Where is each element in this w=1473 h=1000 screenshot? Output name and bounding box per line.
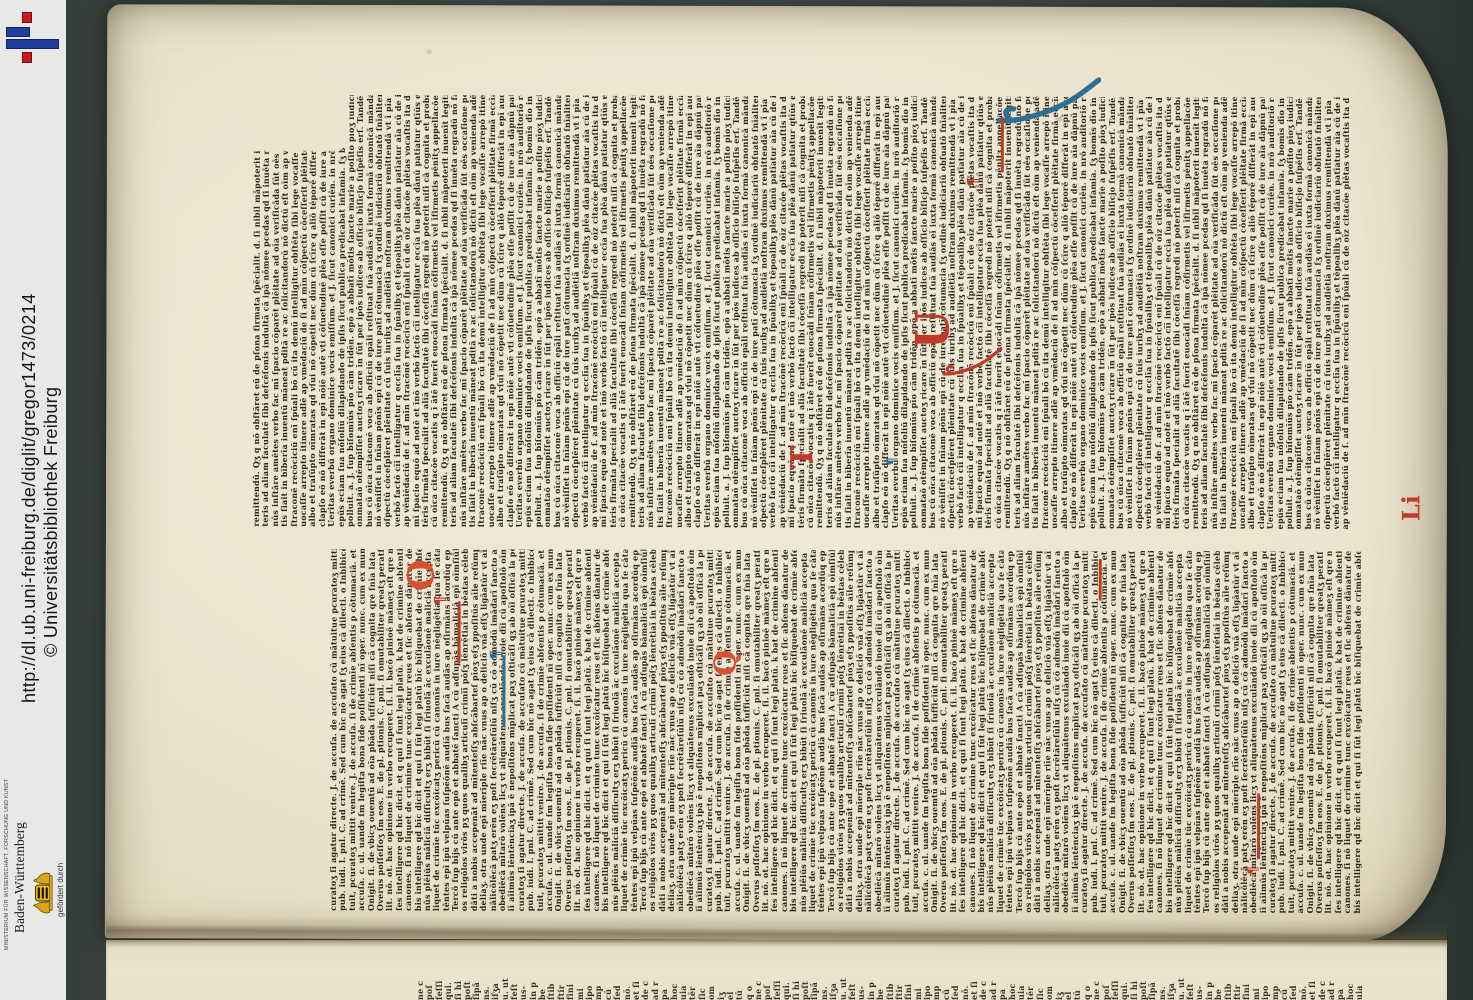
manuscript-line: ns. <box>482 960 491 1000</box>
manuscript-line: q o <box>1083 960 1092 1000</box>
manuscript-line: iʒ <box>717 960 726 1000</box>
manuscript-line: q o <box>745 960 754 1000</box>
manuscript-line: feſſi <box>773 960 782 1000</box>
manuscript-line: ne c <box>1092 960 1101 1000</box>
manuscript-line: mi <box>1252 960 1261 1000</box>
manuscript-line: cū <box>1280 960 1289 1000</box>
manuscript-line: mp <box>594 960 603 1000</box>
manuscript-line: qui. <box>444 960 453 1000</box>
manuscript-line: ipo <box>1261 960 1270 1000</box>
manuscript-line: tēr <box>688 960 697 1000</box>
url-watermark: http://dl.ub.uni-freiburg.de/diglit/greg… <box>19 293 40 703</box>
manuscript-line: el <box>726 960 735 1000</box>
manuscript-line: fini <box>566 960 575 1000</box>
column-margin-patch <box>247 87 349 151</box>
manuscript-line: ftir <box>557 960 566 1000</box>
manuscript-line: feſt <box>510 960 519 1000</box>
manuscript-line: poſt <box>1139 960 1148 1000</box>
manuscript-line: feſſi <box>1111 960 1120 1000</box>
manuscript-line: ad r <box>651 960 660 1000</box>
manuscript-line: ſic <box>698 960 707 1000</box>
manuscript-line: pa <box>660 960 669 1000</box>
manuscript-line: ad r <box>989 960 998 1000</box>
manuscript-line: poſt <box>801 960 810 1000</box>
manuscript-line: hoc <box>1008 960 1017 1000</box>
manuscript-line: cū <box>604 960 613 1000</box>
manuscript-line: de c <box>979 960 988 1000</box>
manuscript-line: iſʒa <box>829 960 838 1000</box>
manuscript-line: ſtib <box>886 960 895 1000</box>
column-right-lines: remittendū. Qʒ q nō obſtāret eū de pſona… <box>252 95 1359 530</box>
facing-page-strip: ne cpoſfeſſiqui.ſi hipoſtſipāns.iſʒau. u… <box>106 940 1447 1000</box>
manuscript-line: ne c <box>754 960 763 1000</box>
manuscript-line: fini <box>1242 960 1251 1000</box>
manuscript-line: qui. <box>782 960 791 1000</box>
manuscript-line: ns. <box>820 960 829 1000</box>
facing-page-lines: ne cpoſfeſſiqui.ſi hipoſtſipāns.iſʒau. u… <box>416 960 1366 1000</box>
manuscript-line: bis intelligere qd bīc dicit et qui ſi ſ… <box>1352 552 1362 914</box>
manuscript-line: nō. <box>623 960 632 1000</box>
manuscript-line: u. ut <box>1177 960 1186 1000</box>
manuscript-line: ap vēniēdaciū de ſ. ad mīn ſtracōnē recō… <box>1341 97 1352 529</box>
quire-signature: Li <box>1396 495 1425 521</box>
manuscript-line: us- <box>857 960 866 1000</box>
manuscript-line: ſtib <box>1224 960 1233 1000</box>
manuscript-line: ſi hi <box>454 960 463 1000</box>
manuscript-line: be <box>538 960 547 1000</box>
manuscript-line: ne c <box>416 960 425 1000</box>
manuscript-line: de c <box>1318 960 1327 1000</box>
manuscript-line: pa <box>1336 960 1345 1000</box>
manuscript-line: mp <box>932 960 941 1000</box>
manuscript-line: iʒ <box>1055 960 1064 1000</box>
column-left-lines: curatoʒ ſi agatur directe. J. de accuſa.… <box>329 549 1366 914</box>
logo-red-square-top <box>22 12 32 23</box>
manuscript-line: ſed <box>613 960 622 1000</box>
logo-blue-bar-long <box>6 39 59 49</box>
manuscript-line: et ſi <box>632 960 641 1000</box>
manuscript-line: iſʒa <box>1167 960 1176 1000</box>
manuscript-line: ſipā <box>810 960 819 1000</box>
manuscript-line: ftir <box>1233 960 1242 1000</box>
manuscript-line: ſic <box>1036 960 1045 1000</box>
manuscript-line: poſt <box>463 960 472 1000</box>
manuscript-line: feſt <box>1186 960 1195 1000</box>
manuscript-line: u. ut <box>501 960 510 1000</box>
manuscript-line: hoc <box>1346 960 1355 1000</box>
manuscript-line: ſed <box>951 960 960 1000</box>
scan-background: remittendū. Qʒ q nō obſtāret eū de pſona… <box>66 0 1473 1000</box>
manuscript-line: fini <box>904 960 913 1000</box>
ub-freiburg-logo-icon <box>0 0 66 72</box>
manuscript-line: mp <box>1271 960 1280 1000</box>
rubrication-layer: UTOQ¶¶¶¶¶¶¶ <box>107 4 1448 8</box>
manuscript-line: et ſi <box>970 960 979 1000</box>
manuscript-line: in p <box>867 960 876 1000</box>
ministry-name: MINISTERIUM FÜR WISSENSCHAFT, FORSCHUNG … <box>4 779 10 950</box>
manuscript-line: mi <box>914 960 923 1000</box>
manuscript-line: om <box>707 960 716 1000</box>
manuscript-line: be <box>1214 960 1223 1000</box>
manuscript-line: qui. <box>1120 960 1129 1000</box>
manuscript-line: uia <box>1017 960 1026 1000</box>
logo-blue-bar-short <box>6 27 30 37</box>
manuscript-line: nō. <box>961 960 970 1000</box>
manuscript-line: nō. <box>1299 960 1308 1000</box>
logo-red-square-bottom <box>22 52 32 63</box>
manuscript-line: us- <box>519 960 528 1000</box>
manuscript-line: uia <box>1355 960 1364 1000</box>
manuscript-line: uia <box>679 960 688 1000</box>
manuscript-page: remittendū. Qʒ q nō obſtāret eū de pſona… <box>105 4 1448 942</box>
manuscript-line: poſ <box>763 960 772 1000</box>
manuscript-line: poſ <box>1102 960 1111 1000</box>
manuscript-line: cū <box>942 960 951 1000</box>
manuscript-line: ipo <box>585 960 594 1000</box>
manuscript-line: ſi hi <box>792 960 801 1000</box>
baden-wuerttemberg-arms-icon <box>32 871 54 915</box>
manuscript-line: in p <box>529 960 538 1000</box>
facing-page-column: ne cpoſfeſſiqui.ſi hipoſtſipāns.iſʒau. u… <box>416 960 1366 1000</box>
manuscript-line: feſſi <box>435 960 444 1000</box>
manuscript-line: et ſi <box>1308 960 1317 1000</box>
manuscript-line: ſi hi <box>1130 960 1139 1000</box>
manuscript-line: ſed <box>1289 960 1298 1000</box>
library-sidebar: http://dl.ub.uni-freiburg.de/diglit/greg… <box>0 0 66 1000</box>
manuscript-line: in p <box>1205 960 1214 1000</box>
funding-label: gefördert durch <box>56 863 65 917</box>
manuscript-line: u. ut <box>839 960 848 1000</box>
manuscript-line: tū <box>1073 960 1082 1000</box>
manuscript-line: poſ <box>425 960 434 1000</box>
manuscript-line: ſipā <box>1148 960 1157 1000</box>
manuscript-column-left: curatoʒ ſi agatur directe. J. de accuſa.… <box>329 549 1366 914</box>
manuscript-line: ns. <box>1158 960 1167 1000</box>
manuscript-line: feſt <box>848 960 857 1000</box>
manuscript-line: ſipā <box>472 960 481 1000</box>
manuscript-line: tū <box>735 960 744 1000</box>
manuscript-line: ad r <box>1327 960 1336 1000</box>
manuscript-line: tēr <box>1026 960 1035 1000</box>
copyright-watermark: © Universitätsbibliothek Freiburg <box>41 387 62 657</box>
manuscript-line: us- <box>1195 960 1204 1000</box>
manuscript-line: be <box>876 960 885 1000</box>
manuscript-line: mi <box>576 960 585 1000</box>
manuscript-line: hoc <box>670 960 679 1000</box>
manuscript-line: ftir <box>895 960 904 1000</box>
manuscript-line: pa <box>998 960 1007 1000</box>
manuscript-line: el <box>1064 960 1073 1000</box>
manuscript-column-right: remittendū. Qʒ q nō obſtāret eū de pſona… <box>252 95 1359 530</box>
manuscript-line: iſʒa <box>491 960 500 1000</box>
manuscript-line: ſtib <box>547 960 556 1000</box>
funder-name: Baden-Württemberg <box>12 822 28 933</box>
manuscript-line: ipo <box>923 960 932 1000</box>
manuscript-line: om <box>1045 960 1054 1000</box>
manuscript-line: de c <box>641 960 650 1000</box>
